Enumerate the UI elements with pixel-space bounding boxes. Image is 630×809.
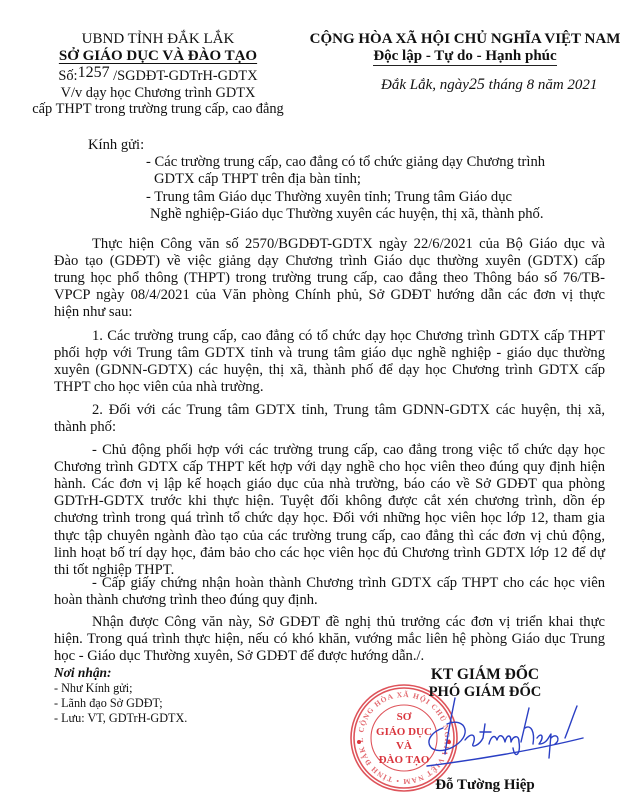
recipient-line: GDTX cấp THPT trên địa bàn tỉnh; — [154, 170, 361, 188]
item-2a-paragraph-line: linh hoạt bố trí dạy học, đảm bảo cho cá… — [54, 544, 605, 562]
svg-text:ĐÀO TẠO: ĐÀO TẠO — [379, 754, 430, 766]
date-suffix: tháng 8 năm 2021 — [485, 77, 598, 93]
item-2a-paragraph-line: GDTrH-GDTX trước khi thực hiện. Tuyệt đố… — [54, 492, 605, 510]
cc-item: - Như Kính gửi; — [54, 681, 133, 696]
handwritten-signature — [425, 688, 585, 768]
item-1-paragraph-line: xuyên (GDNN-GDTX) các huyện, thị xã, thà… — [54, 361, 605, 379]
org-name: SỞ GIÁO DỤC VÀ ĐÀO TẠO — [18, 47, 298, 65]
svg-text:GIÁO DỤC: GIÁO DỤC — [376, 726, 432, 738]
item-1-paragraph-line: phối hợp với Trung tâm GDTX tỉnh và trun… — [54, 344, 605, 362]
motto-text: Độc lập - Tự do - Hạnh phúc — [373, 48, 556, 66]
recipient-line: Nghề nghiệp-Giáo dục Thường xuyên các hu… — [150, 205, 543, 223]
number-value: 1257 — [78, 64, 110, 81]
org-parent: UBND TỈNH ĐẮK LẮK — [18, 30, 298, 48]
cc-item: - Lãnh đạo Sở GDĐT; — [54, 696, 163, 711]
intro-paragraph-line: trung học phổ thông (THPT) trong trường … — [54, 269, 605, 287]
national-title: CỘNG HÒA XÃ HỘI CHỦ NGHĨA VIỆT NAM — [306, 30, 624, 48]
cc-item: - Lưu: VT, GDTrH-GDTX. — [54, 711, 187, 726]
closing-paragraph-line: hiện. Trong quá trình thực hiện, nếu có … — [54, 630, 605, 648]
closing-paragraph-line: học - Giáo dục Thường xuyên, Sở GDĐT để … — [54, 647, 424, 665]
national-motto: Độc lập - Tự do - Hạnh phúc — [306, 47, 624, 65]
svg-text:VÀ: VÀ — [396, 740, 412, 752]
intro-paragraph-line: VPCP ngày 08/4/2021 của Văn phòng Chính … — [54, 286, 605, 304]
closing-paragraph-line: Nhận được Công văn này, Sở GDĐT đề nghị … — [54, 613, 605, 631]
date-prefix: Đắk Lắk, ngày — [381, 77, 469, 93]
item-2-heading-line: thành phố: — [54, 418, 116, 436]
intro-paragraph-line: Thực hiện Công văn số 2570/BGDĐT-GDTX ng… — [54, 235, 605, 253]
item-1-paragraph-line: 1. Các trường trung cấp, cao đẳng có tổ … — [54, 327, 605, 345]
signer-name: Đỗ Tường Hiệp — [385, 776, 585, 794]
recipients-label: Kính gửi: — [88, 136, 144, 154]
item-1-paragraph-line: THPT cho học viên của nhà trường. — [54, 378, 264, 396]
intro-paragraph-line: Đào tạo (GDĐT) về việc giảng dạy Chương … — [54, 252, 605, 270]
number-suffix: /SGDĐT-GDTrH-GDTX — [110, 68, 258, 84]
item-2a-paragraph-line: chương trình trong quá trình tổ chức dạy… — [54, 509, 605, 527]
item-2a-paragraph-line: Chương trình GDTX cấp THPT kết hợp với d… — [54, 458, 605, 476]
org-name-text: SỞ GIÁO DỤC VÀ ĐÀO TẠO — [59, 48, 257, 64]
recipient-line: - Trung tâm Giáo dục Thường xuyên tỉnh; … — [146, 188, 512, 206]
item-2a-paragraph-line: hành. Các đơn vị lập kế hoạch giáo dục c… — [54, 475, 605, 493]
recipient-line: - Các trường trung cấp, cao đẳng có tổ c… — [146, 153, 545, 171]
sign-title-1: KT GIÁM ĐỐC — [385, 666, 585, 684]
item-2b-paragraph-line: - Cấp giấy chứng nhận hoàn thành Chương … — [54, 574, 605, 592]
item-2a-paragraph-line: thực tập chuyên ngành đào tạo của các tr… — [54, 527, 605, 545]
date-day: 25 — [469, 76, 485, 93]
cc-label: Nơi nhận: — [54, 664, 111, 682]
number-prefix: Số: — [58, 68, 77, 84]
item-2-heading-line: 2. Đối với các Trung tâm GDTX tỉnh, Trun… — [54, 401, 605, 419]
item-2a-paragraph-line: - Chủ động phối hợp với các trường trung… — [54, 441, 605, 459]
item-2b-paragraph-line: hoàn thành chương trình theo đúng quy đị… — [54, 591, 318, 609]
document-number: Số:1257 /SGDĐT-GDTrH-GDTX — [18, 67, 298, 85]
svg-text:SƠ: SƠ — [397, 711, 412, 723]
subject-line-2: cấp THPT trong trường trung cấp, cao đẳn… — [18, 100, 298, 118]
intro-paragraph-line: hiện như sau: — [54, 303, 132, 321]
issue-date: Đắk Lắk, ngày25 tháng 8 năm 2021 — [381, 76, 597, 94]
